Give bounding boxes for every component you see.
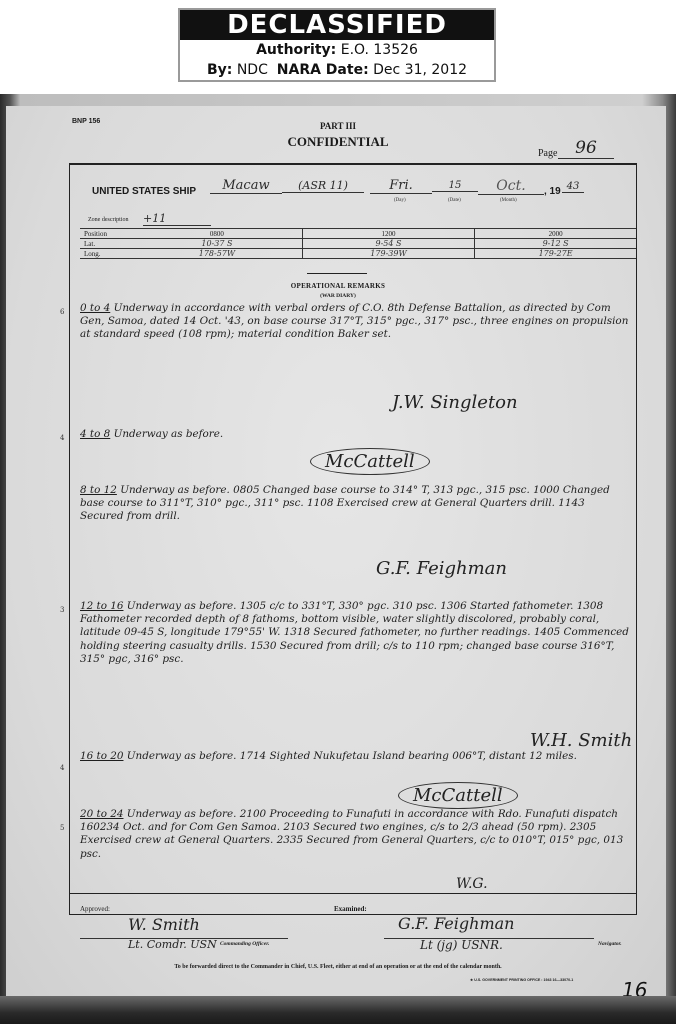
co-signature: W. Smith [128,915,200,934]
zone-label: Zone description [88,217,129,223]
margin-number: 6 [60,308,64,316]
month-value: Oct. [478,178,544,195]
forwarding-note: To be forwarded direct to the Commander … [0,964,676,970]
form-frame [69,163,637,915]
printing-office-note: ★ U.S. GOVERNMENT PRINTING OFFICE : 1943… [470,978,573,982]
log-entry-16-20: 16 to 20 Underway as before. 1714 Sighte… [80,750,630,763]
watch-label: 20 to 24 [80,808,123,820]
stamp-by-nara: By: NDC NARA Date: Dec 31, 2012 [180,60,494,80]
scan-bottom-edge [0,996,676,1024]
examined-label: Examined: [334,905,367,913]
row-label: Position [80,229,132,239]
co-rank: Lt. Comdr. USN [128,938,217,951]
margin-number: 3 [60,606,64,614]
lat-2000: 9-12 S [475,239,636,249]
log-entry-0-4: 0 to 4 Underway in accordance with verba… [80,302,630,342]
declassified-stamp: DECLASSIFIED Authority: E.O. 13526 By: N… [178,8,496,82]
ship-name: Macaw [210,178,282,194]
row-label: Long. [80,249,132,259]
part-heading: PART III [0,121,676,131]
watch-label: 12 to 16 [80,600,123,612]
entry-text: Underway as before. 2100 Proceeding to F… [80,808,623,860]
margin-number: 4 [60,764,64,772]
section-rule [307,273,367,274]
lat-1200: 9-54 S [302,239,474,249]
long-1200: 179-39W [302,249,474,259]
time-2000: 2000 [475,229,636,239]
remarks-title: OPERATIONAL REMARKS [0,282,676,290]
page-label: Page [538,148,557,159]
log-entry-4-8: 4 to 8 Underway as before. [80,428,630,441]
month-caption: (Month) [500,198,517,203]
position-row-time: Position 0800 1200 2000 [80,229,636,239]
ship-label: UNITED STATES SHIP [92,186,196,197]
navigator-signature: G.F. Feighman [398,914,514,933]
stamp-authority: Authority: E.O. 13526 [180,40,494,60]
log-entry-12-16: 12 to 16 Underway as before. 1305 c/c to… [80,600,630,666]
hull-number: (ASR 11) [282,179,364,193]
year-suffix: 43 [562,181,584,193]
navigator-caption: Navigator. [598,941,622,947]
date-caption: (Date) [448,198,461,203]
long-0800: 178-57W [132,249,302,259]
watch-label: 4 to 8 [80,428,110,440]
entry-text: Underway as before. 1305 c/c to 331°T, 3… [80,600,629,665]
remarks-subtitle: (WAR DIARY) [0,293,676,299]
watch-label: 8 to 12 [80,484,117,496]
navigator-rank: Lt (jg) USNR. [420,938,503,952]
signature-watch-20-24: W.G. [456,876,488,892]
year-prefix: , 19 [544,186,561,197]
entry-text: Underway as before. [114,428,224,440]
time-0800: 0800 [132,229,302,239]
co-caption: Commanding Officer. [220,941,269,947]
long-2000: 179-27E [475,249,636,259]
margin-number: 5 [60,824,64,832]
approved-label: Approved: [80,905,110,913]
zone-value: +11 [143,212,211,226]
time-1200: 1200 [302,229,474,239]
entry-text: Underway as before. 1714 Sighted Nukufet… [127,750,577,762]
signature-divider [70,893,636,894]
lat-0800: 10-37 S [132,239,302,249]
watch-label: 0 to 4 [80,302,110,314]
log-entry-8-12: 8 to 12 Underway as before. 0805 Changed… [80,484,630,524]
signature-watch-12-16: W.H. Smith [530,730,632,751]
position-row-lat: Lat. 10-37 S 9-54 S 9-12 S [80,239,636,249]
signature-watch-4-8: McCattell [310,448,430,475]
signature-watch-16-20: McCattell [398,782,518,809]
signature-watch-8-12: G.F. Feighman [376,558,507,579]
position-row-long: Long. 178-57W 179-39W 179-27E [80,249,636,259]
day-value: Fri. [370,178,432,194]
watch-label: 16 to 20 [80,750,123,762]
position-table: Position 0800 1200 2000 Lat. 10-37 S 9-5… [80,228,636,259]
margin-number: 4 [60,434,64,442]
stamp-title: DECLASSIFIED [180,10,494,40]
log-entry-20-24: 20 to 24 Underway as before. 2100 Procee… [80,808,630,861]
day-caption: (Day) [394,198,406,203]
signature-watch-0-4: J.W. Singleton [392,392,518,413]
page-number: 96 [558,138,614,159]
row-label: Lat. [80,239,132,249]
date-value: 15 [432,180,478,192]
entry-text: Underway as before. 0805 Changed base co… [80,484,610,522]
ship-header-row: UNITED STATES SHIP Macaw (ASR 11) Fri. (… [92,178,632,208]
entry-text: Underway in accordance with verbal order… [80,302,628,340]
